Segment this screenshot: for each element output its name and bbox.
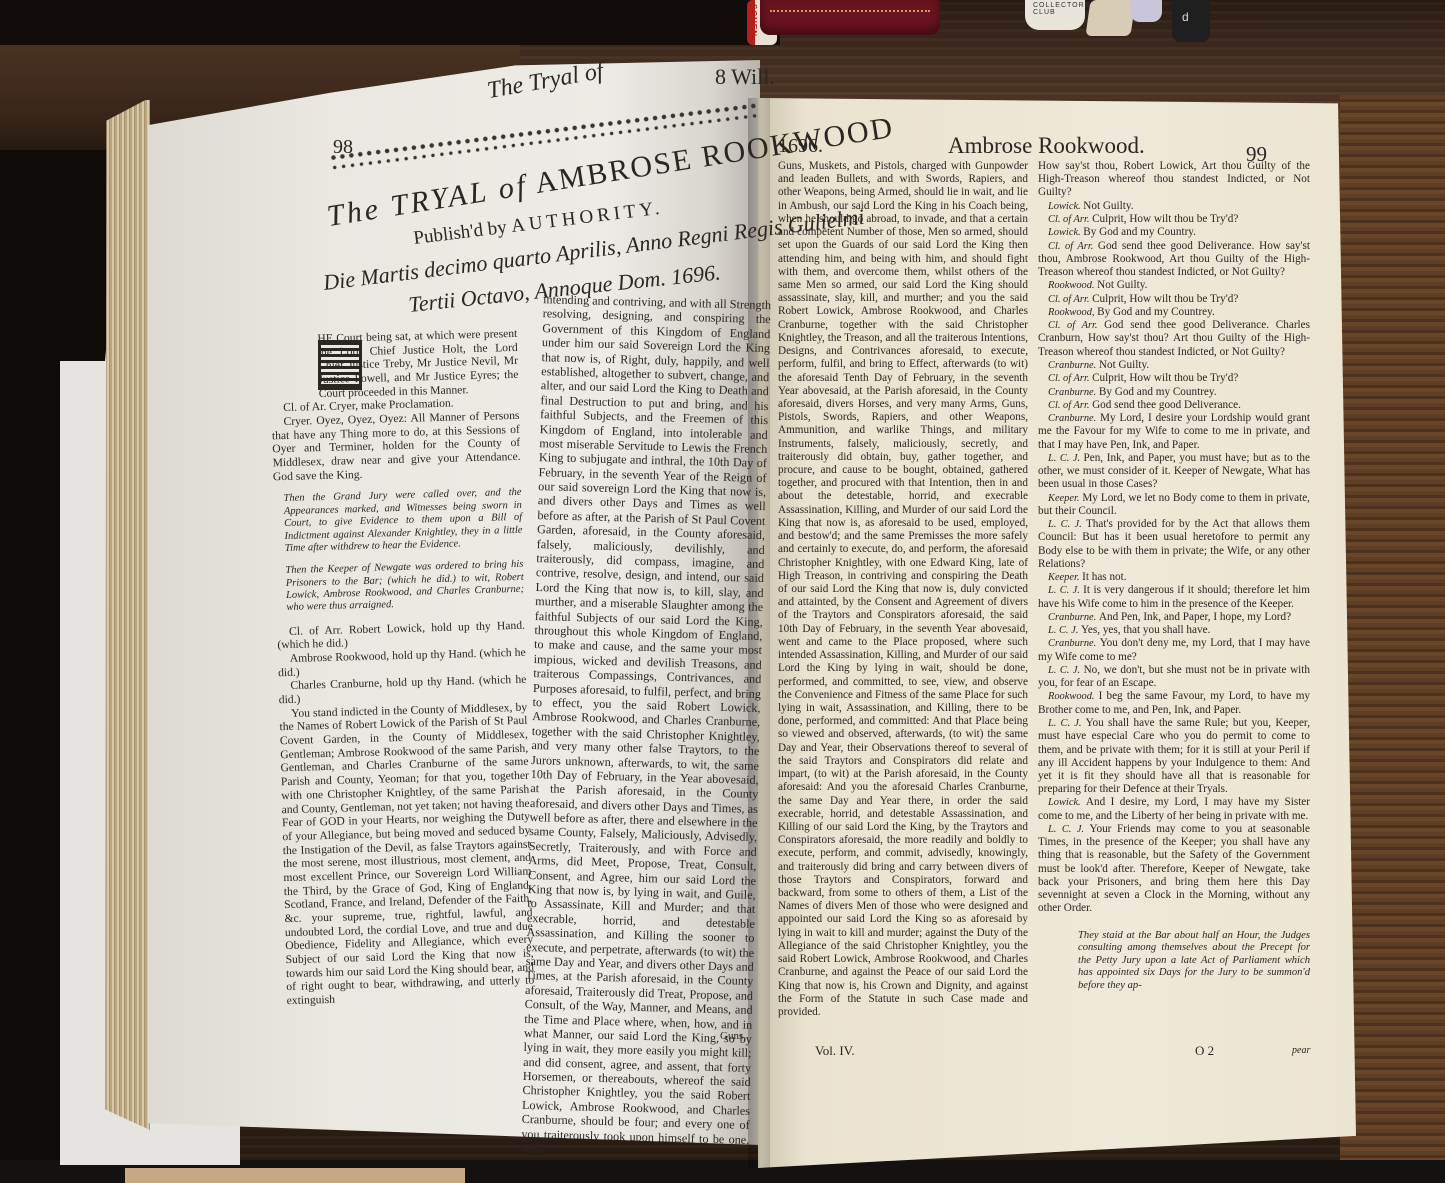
speaker-label: Cl. of Arr. — [1048, 294, 1092, 305]
dialogue-line: Lowick. Not Guilty. — [1038, 200, 1310, 213]
indictment: You stand indicted in the County of Midd… — [279, 701, 535, 1008]
dialogue-line: L. C. J. Your Friends may come to you at… — [1038, 823, 1310, 916]
dialogue-line: Rookwood, By God and my Countrey. — [1038, 306, 1310, 319]
speech-text: Yes, yes, that you shall have. — [1081, 624, 1210, 636]
dialogue-line: Cranburne. My Lord, I desire your Lordsh… — [1038, 412, 1310, 452]
speech-text: And Pen, Ink, and Paper, I hope, my Lord… — [1099, 611, 1291, 623]
dialogue-line: L. C. J. That's provided for by the Act … — [1038, 518, 1310, 571]
dialogue-line: L. C. J. Yes, yes, that you shall have. — [1038, 624, 1310, 637]
speaker-label: Cranburne. — [1048, 360, 1099, 371]
left-page-column-1: HE Court being sat, at which were presen… — [269, 327, 535, 1008]
dialogue-line: Cl. of Arr. Culprit, How wilt thou be Tr… — [1038, 293, 1310, 306]
left-catchword: Guns, — [720, 1030, 746, 1042]
dialogue-line: L. C. J. Pen, Ink, and Paper, you must h… — [1038, 452, 1310, 492]
speaker-label: Cranburne. — [1048, 387, 1099, 398]
dialogue-line: Cranburne. And Pen, Ink, and Paper, I ho… — [1038, 611, 1310, 624]
grand-jury-note: Then the Grand Jury were called over, an… — [273, 487, 523, 555]
speaker-label: Rookwood. — [1048, 280, 1097, 291]
speaker-label: Keeper. — [1048, 572, 1082, 583]
keeper-note: Then the Keeper of Newgate was ordered t… — [275, 559, 524, 615]
oyez: Cryer. Oyez, Oyez, Oyez: All Manner of P… — [271, 409, 521, 484]
speaker-label: Cranburne. — [1048, 413, 1100, 424]
dialogue-line: Cranburne. You don't deny me, my Lord, t… — [1038, 637, 1310, 664]
dialogue-line: L. C. J. It is very dangerous if it shou… — [1038, 584, 1310, 611]
speech-text: Not Guilty. — [1083, 200, 1133, 212]
speaker-label: Cl. of Arr. — [1048, 320, 1104, 331]
speaker-label: Cranburne. — [1048, 638, 1100, 649]
dialogue-line: Cranburne. Not Guilty. — [1038, 359, 1310, 372]
speaker-label: Lowick. — [1048, 201, 1083, 212]
speaker-label: Cl. of Arr. — [1048, 400, 1092, 411]
right-catchword: pear — [1292, 1045, 1310, 1056]
right-page-year: 1696. — [778, 135, 823, 158]
dialogue-line: How say'st thou, Robert Lowick, Art thou… — [1038, 160, 1310, 200]
speech-text: By God and my Country. — [1083, 226, 1196, 238]
speech-text: God send thee good Deliverance. — [1092, 399, 1241, 411]
speaker-label: L. C. J. — [1048, 718, 1086, 729]
speaker-label: Cl. of Arr. — [1048, 373, 1092, 384]
dialogue-line: Cl. of Arr. God send thee good Deliveran… — [1038, 319, 1310, 359]
speaker-label: Rookwood. — [1048, 691, 1099, 702]
opening-paragraph: HE Court being sat, at which were presen… — [269, 327, 519, 402]
speaker-label: L. C. J. — [1048, 625, 1081, 636]
speech-text: It has not. — [1082, 571, 1126, 583]
dialogue-line: Cranburne. By God and my Countrey. — [1038, 386, 1310, 399]
speaker-label: L. C. J. — [1048, 519, 1086, 530]
speech-text: Not Guilty. — [1099, 359, 1149, 371]
dialogue-line: Rookwood. I beg the same Favour, my Lord… — [1038, 690, 1310, 717]
open-book: The Tryal of 8 Will. 98 The TRYAL of AMB… — [0, 0, 1445, 1183]
speaker-label: Cl. of Arr. — [1048, 241, 1098, 252]
dialogue-line: L. C. J. You shall have the same Rule; b… — [1038, 717, 1310, 796]
speaker-label: L. C. J. — [1048, 585, 1083, 596]
speech-text: Your Friends may come to you at seasonab… — [1038, 823, 1310, 914]
left-running-head-regnal: 8 Will. — [715, 64, 775, 90]
dialogue-line: Keeper. It has not. — [1038, 571, 1310, 584]
right-running-head: Ambrose Rookwood. — [948, 133, 1145, 159]
speech-text: By God and my Countrey. — [1097, 306, 1215, 318]
speaker-label: L. C. J. — [1048, 453, 1084, 464]
speech-text: Culprit, How wilt thou be Try'd? — [1092, 372, 1238, 384]
speech-text: By God and my Countrey. — [1099, 386, 1217, 398]
dialogue-line: Cl. of Arr. God send thee good Deliveran… — [1038, 399, 1310, 412]
speaker-label: L. C. J. — [1048, 665, 1084, 676]
stage-direction: They staid at the Bar about half an Hour… — [1038, 930, 1310, 993]
indictment-conclusion: Guns, Muskets, and Pistols, charged with… — [778, 160, 1028, 1019]
speech-text: Culprit, How wilt thou be Try'd? — [1092, 213, 1238, 225]
speech-text: Not Guilty. — [1097, 279, 1147, 291]
page-block-edge — [105, 100, 150, 1130]
speaker-label: L. C. J. — [1048, 824, 1090, 835]
dialogue-line: Cl. of Arr. God send thee good Deliveran… — [1038, 240, 1310, 280]
dialogue-line: Cl. of Arr. Culprit, How wilt thou be Tr… — [1038, 372, 1310, 385]
speaker-label: Lowick. — [1048, 797, 1086, 808]
dialogue-line: Keeper. My Lord, we let no Body come to … — [1038, 492, 1310, 519]
dialogue-line: Lowick. And I desire, my Lord, I may hav… — [1038, 796, 1310, 823]
speech-text: How say'st thou, Robert Lowick, Art thou… — [1038, 160, 1310, 198]
speaker-label: Cl. of Arr. — [1048, 214, 1092, 225]
right-page-column-1: Guns, Muskets, and Pistols, charged with… — [778, 160, 1028, 1019]
volume-marker: Vol. IV. — [815, 1043, 855, 1059]
right-page-column-2: How say'st thou, Robert Lowick, Art thou… — [1038, 160, 1310, 992]
dialogue-line: L. C. J. No, we don't, but she must not … — [1038, 664, 1310, 691]
speaker-label: Cranburne. — [1048, 612, 1099, 623]
dialogue-line: Cl. of Arr. Culprit, How wilt thou be Tr… — [1038, 213, 1310, 226]
signature-mark: O 2 — [1195, 1043, 1214, 1059]
dialogue-line: Lowick. By God and my Country. — [1038, 226, 1310, 239]
speaker-label: Keeper. — [1048, 493, 1082, 504]
speaker-label: Rookwood, — [1048, 307, 1097, 318]
speaker-label: Lowick. — [1048, 227, 1083, 238]
speech-text: Culprit, How wilt thou be Try'd? — [1092, 293, 1238, 305]
dialogue-line: Rookwood. Not Guilty. — [1038, 279, 1310, 292]
